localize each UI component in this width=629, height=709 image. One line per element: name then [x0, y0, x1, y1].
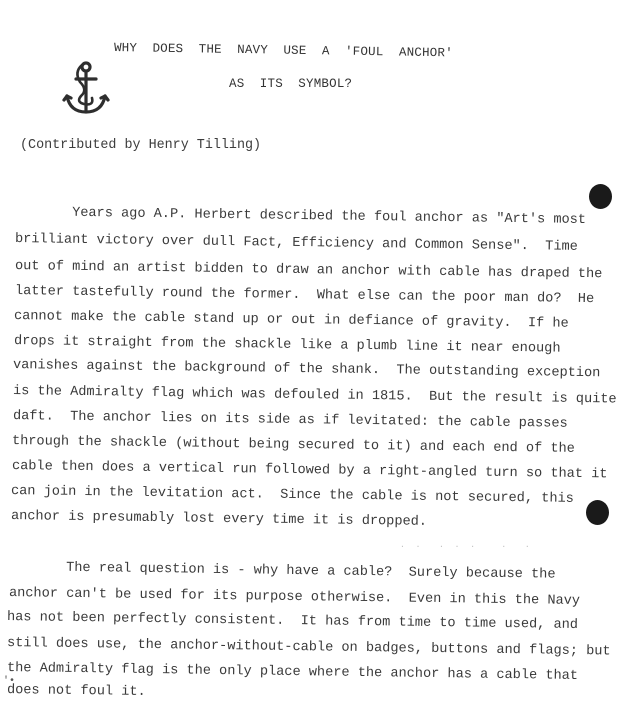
foul-anchor-icon: [62, 60, 110, 120]
text-line: daft. The anchor lies on its side as if …: [13, 409, 568, 432]
punch-hole: [589, 184, 612, 209]
text-line: through the shackle (without being secur…: [12, 434, 575, 457]
text-line: brilliant victory over dull Fact, Effici…: [15, 232, 578, 255]
text-line: does not foul it.: [7, 683, 146, 700]
byline: (Contributed by Henry Tilling): [20, 138, 261, 153]
text-line: cannot make the cable stand up or out in…: [14, 309, 569, 332]
text-line: has not been perfectly consistent. It ha…: [7, 610, 578, 633]
title-line-2: AS ITS SYMBOL?: [229, 77, 352, 92]
text-line: Years ago A.P. Herbert described the fou…: [15, 205, 586, 228]
paper-specks: . . . . . . .: [400, 541, 533, 550]
text-line: the Admiralty flag is the only place whe…: [7, 661, 578, 684]
text-line: can join in the levitation act. Since th…: [11, 484, 574, 507]
punch-hole: [586, 500, 609, 525]
document-page: WHY DOES THE NAVY USE A 'FOUL ANCHOR' AS…: [0, 0, 629, 709]
stray-mark: '•: [3, 676, 15, 687]
text-line: still does use, the anchor-without-cable…: [7, 636, 611, 659]
text-line: anchor is presumably lost every time it …: [11, 509, 427, 530]
text-line: latter tastefully round the former. What…: [15, 284, 594, 307]
text-line: drops it straight from the shackle like …: [14, 334, 561, 357]
text-line: out of mind an artist bidden to draw an …: [15, 259, 603, 282]
text-line: vanishes against the background of the s…: [13, 358, 601, 381]
text-line: cable then does a vertical run followed …: [12, 459, 608, 482]
text-line: anchor can't be used for its purpose oth…: [9, 586, 580, 609]
text-line: is the Admiralty flag which was defouled…: [13, 384, 617, 407]
text-line: The real question is - why have a cable?…: [9, 560, 556, 583]
title-line-1: WHY DOES THE NAVY USE A 'FOUL ANCHOR': [114, 41, 453, 60]
